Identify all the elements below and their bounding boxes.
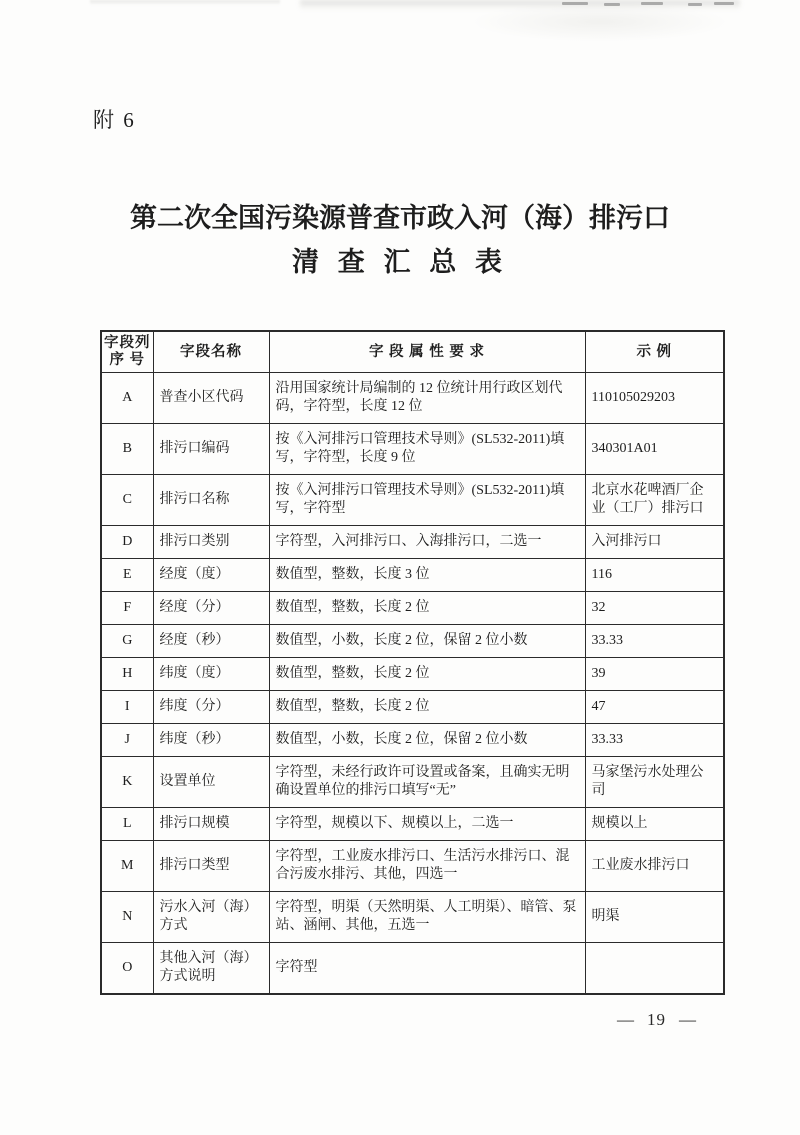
field-index-cell: J [101,724,153,757]
field-example-cell: 33.33 [585,724,724,757]
scan-dash-mark [641,2,663,5]
field-name-cell: 设置单位 [153,757,269,808]
field-name-cell: 排污口规模 [153,808,269,841]
table-header-row: 字段列 序 号 字段名称 字 段 属 性 要 求 示 例 [101,331,724,373]
field-example-cell: 340301A01 [585,424,724,475]
page-number-dash-right: — [679,1010,696,1030]
field-name-cell: 经度（秒） [153,625,269,658]
field-index-cell: D [101,526,153,559]
field-index-cell: B [101,424,153,475]
field-definition-table: 字段列 序 号 字段名称 字 段 属 性 要 求 示 例 A普查小区代码沿用国家… [100,330,725,995]
field-requirement-cell: 数值型，整数，长度 2 位 [269,658,585,691]
table-row: G经度（秒）数值型，小数，长度 2 位，保留 2 位小数33.33 [101,625,724,658]
field-requirement-cell: 按《入河排污口管理技术导则》(SL532-2011)填写，字符型，长度 9 位 [269,424,585,475]
table-row: J纬度（秒）数值型，小数，长度 2 位，保留 2 位小数33.33 [101,724,724,757]
field-example-cell: 39 [585,658,724,691]
field-name-cell: 纬度（秒） [153,724,269,757]
field-name-cell: 污水入河（海）方式 [153,892,269,943]
field-index-cell: N [101,892,153,943]
field-example-cell [585,943,724,995]
field-index-cell: L [101,808,153,841]
table-row: N污水入河（海）方式字符型，明渠（天然明渠、人工明渠）、暗管、泵站、涵闸、其他，… [101,892,724,943]
scan-dash-mark [604,3,620,6]
header-field-index-line1: 字段列 [104,335,151,351]
field-example-cell: 入河排污口 [585,526,724,559]
field-requirement-cell: 字符型，明渠（天然明渠、人工明渠）、暗管、泵站、涵闸、其他，五选一 [269,892,585,943]
table-row: I纬度（分）数值型，整数，长度 2 位47 [101,691,724,724]
field-name-cell: 排污口类型 [153,841,269,892]
field-example-cell: 明渠 [585,892,724,943]
field-requirement-cell: 字符型，入河排污口、入海排污口，二选一 [269,526,585,559]
field-name-cell: 排污口名称 [153,475,269,526]
field-requirement-cell: 按《入河排污口管理技术导则》(SL532-2011)填写，字符型 [269,475,585,526]
field-index-cell: O [101,943,153,995]
page-number-value: 19 [647,1010,666,1030]
field-example-cell: 32 [585,592,724,625]
header-field-requirements: 字 段 属 性 要 求 [269,331,585,373]
page-number-dash-left: — [617,1010,634,1030]
table-row: A普查小区代码沿用国家统计局编制的 12 位统计用行政区划代码，字符型，长度 1… [101,373,724,424]
field-name-cell: 排污口类别 [153,526,269,559]
table-row: M排污口类型字符型，工业废水排污口、生活污水排污口、混合污废水排污、其他，四选一… [101,841,724,892]
document-page: 附 6 第二次全国污染源普查市政入河（海）排污口 清 查 汇 总 表 字段列 序… [0,0,800,1135]
table-row: H纬度（度）数值型，整数，长度 2 位39 [101,658,724,691]
field-requirement-cell: 数值型，小数，长度 2 位，保留 2 位小数 [269,625,585,658]
table-row: C排污口名称按《入河排污口管理技术导则》(SL532-2011)填写，字符型北京… [101,475,724,526]
field-requirement-cell: 数值型，整数，长度 3 位 [269,559,585,592]
field-index-cell: I [101,691,153,724]
table-row: O其他入河（海）方式说明字符型 [101,943,724,995]
table-row: E经度（度）数值型，整数，长度 3 位116 [101,559,724,592]
scan-smudge [470,2,730,42]
field-example-cell: 马家堡污水处理公司 [585,757,724,808]
table-row: D排污口类别字符型，入河排污口、入海排污口，二选一入河排污口 [101,526,724,559]
field-name-cell: 经度（度） [153,559,269,592]
field-example-cell: 北京水花啤酒厂企业（工厂）排污口 [585,475,724,526]
field-name-cell: 排污口编码 [153,424,269,475]
scan-artifacts [0,0,800,50]
table-row: L排污口规模字符型，规模以下、规模以上，二选一规模以上 [101,808,724,841]
field-requirement-cell: 字符型，规模以下、规模以上，二选一 [269,808,585,841]
field-index-cell: A [101,373,153,424]
field-requirement-cell: 字符型 [269,943,585,995]
header-field-index: 字段列 序 号 [101,331,153,373]
field-index-cell: M [101,841,153,892]
field-name-cell: 经度（分） [153,592,269,625]
field-name-cell: 纬度（分） [153,691,269,724]
field-index-cell: E [101,559,153,592]
header-field-index-line2: 序 号 [109,352,145,368]
field-requirement-cell: 数值型，整数，长度 2 位 [269,592,585,625]
field-requirement-cell: 数值型，小数，长度 2 位，保留 2 位小数 [269,724,585,757]
field-index-cell: H [101,658,153,691]
scan-dash-mark [562,2,588,5]
page-number: — 19 — [617,1010,696,1030]
field-name-cell: 纬度（度） [153,658,269,691]
field-example-cell: 47 [585,691,724,724]
title-line-1: 第二次全国污染源普查市政入河（海）排污口 [0,200,800,236]
field-index-cell: G [101,625,153,658]
attachment-label: 附 6 [93,104,136,134]
field-example-cell: 规模以上 [585,808,724,841]
header-example: 示 例 [585,331,724,373]
table-row: F经度（分）数值型，整数，长度 2 位32 [101,592,724,625]
document-title: 第二次全国污染源普查市政入河（海）排污口 清 查 汇 总 表 [0,200,800,280]
scan-dash-mark [714,2,734,5]
field-index-cell: K [101,757,153,808]
field-index-cell: C [101,475,153,526]
field-index-cell: F [101,592,153,625]
scan-smudge [300,0,740,10]
scan-dash-mark [688,3,702,6]
field-example-cell: 110105029203 [585,373,724,424]
field-example-cell: 116 [585,559,724,592]
field-name-cell: 其他入河（海）方式说明 [153,943,269,995]
field-requirement-cell: 沿用国家统计局编制的 12 位统计用行政区划代码，字符型，长度 12 位 [269,373,585,424]
field-name-cell: 普查小区代码 [153,373,269,424]
scan-smudge [90,0,280,5]
table-row: B排污口编码按《入河排污口管理技术导则》(SL532-2011)填写，字符型，长… [101,424,724,475]
title-line-2: 清 查 汇 总 表 [0,244,800,280]
field-requirement-cell: 数值型，整数，长度 2 位 [269,691,585,724]
header-field-name: 字段名称 [153,331,269,373]
table-row: K设置单位字符型，未经行政许可设置或备案，且确实无明确设置单位的排污口填写“无”… [101,757,724,808]
field-example-cell: 工业废水排污口 [585,841,724,892]
field-requirement-cell: 字符型，工业废水排污口、生活污水排污口、混合污废水排污、其他，四选一 [269,841,585,892]
field-example-cell: 33.33 [585,625,724,658]
field-requirement-cell: 字符型，未经行政许可设置或备案，且确实无明确设置单位的排污口填写“无” [269,757,585,808]
